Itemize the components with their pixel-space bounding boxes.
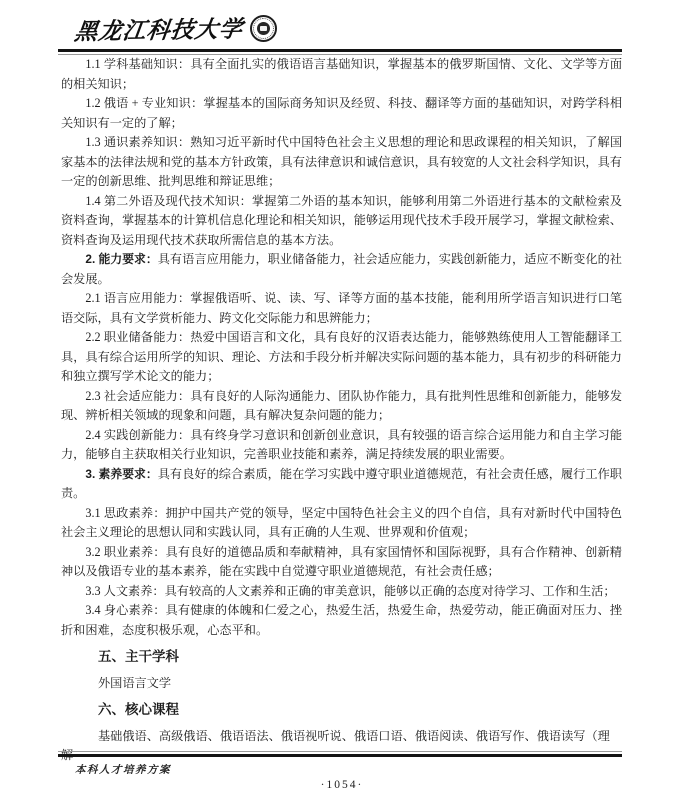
paragraph-3-3: 3.3 人文素养：具有较高的人文素养和正确的审美意识，能够以正确的态度对待学习、…: [61, 582, 622, 602]
paragraph-1-1-lead: 1.1 学科基础知识：: [85, 57, 190, 71]
paragraph-3-2-lead: 3.2 职业素养：: [85, 545, 165, 559]
paragraph-1-1: 1.1 学科基础知识：具有全面扎实的俄语语言基础知识，掌握基本的俄罗斯国情、文化…: [61, 55, 622, 94]
paragraph-1-2-lead: 1.2 俄语 + 专业知识：: [85, 96, 203, 110]
paragraph-2-3: 2.3 社会适应能力：具有良好的人际沟通能力、团队协作能力，具有批判性思维和创新…: [61, 387, 622, 426]
paragraph-1-3-lead: 1.3 通识素养知识：: [85, 135, 190, 149]
document-body: 1.1 学科基础知识：具有全面扎实的俄语语言基础知识，掌握基本的俄罗斯国情、文化…: [61, 55, 622, 766]
paragraph-2-3-lead: 2.3 社会适应能力：: [85, 389, 190, 403]
section-content-main-discipline: 外国语言文学: [61, 674, 622, 694]
section-heading-core-courses: 六、核心课程: [98, 700, 622, 720]
footer-rule-thick-line: [58, 754, 622, 757]
paragraph-1-3: 1.3 通识素养知识：熟知习近平新时代中国特色社会主义思想的理论和思政课程的相关…: [61, 133, 622, 192]
paragraph-1-4-lead: 1.4 第二外语及现代技术知识：: [85, 194, 252, 208]
footer-rule: [58, 751, 622, 757]
paragraph-2-4-lead: 2.4 实践创新能力：: [85, 428, 190, 442]
paragraph-3-1-lead: 3.1 思政素养：: [85, 506, 165, 520]
paragraph-2-4: 2.4 实践创新能力：具有终身学习意识和创新创业意识，具有较强的语言综合运用能力…: [61, 426, 622, 465]
paragraph-3-2: 3.2 职业素养：具有良好的道德品质和奉献精神，具有家国情怀和国际视野，具有合作…: [61, 543, 622, 582]
header-rule-thick-line: [58, 49, 622, 52]
section-content-core-courses: 基础俄语、高级俄语、俄语语法、俄语视听说、俄语口语、俄语阅读、俄语写作、俄语读写…: [61, 727, 622, 766]
paragraph-3-3-lead: 3.3 人文素养：: [85, 584, 164, 598]
paragraph-2: 2. 能力要求：具有语言应用能力，职业储备能力，社会适应能力，实践创新能力，适应…: [61, 250, 622, 289]
paragraph-3-3-text: 具有较高的人文素养和正确的审美意识，能够以正确的态度对待学习、工作和生活；: [165, 584, 616, 598]
paragraph-3-1: 3.1 思政素养：拥护中国共产党的领导，坚定中国特色社会主义的四个自信，具有对新…: [61, 504, 622, 543]
seal-emblem-icon: [257, 22, 270, 35]
paragraph-3-4: 3.4 身心素养：具有健康的体魄和仁爱之心，热爱生活，热爱生命，热爱劳动，能正确…: [61, 601, 622, 640]
paragraph-3-4-lead: 3.4 身心素养：: [85, 603, 165, 617]
university-name-calligraphy: 黑龙江科技大学: [73, 10, 245, 46]
paragraph-1-4: 1.4 第二外语及现代技术知识：掌握第二外语的基本知识，能够利用第二外语进行基本…: [61, 192, 622, 251]
paragraph-2-2-lead: 2.2 职业储备能力：: [85, 330, 190, 344]
footer-rule-thin-line: [58, 751, 622, 752]
footer-document-title: 本科人才培养方案: [75, 762, 171, 777]
document-page: 黑龙江科技大学 1.1 学科基础知识：具有全面扎实的俄语语言基础知识，掌握基本的…: [0, 0, 684, 806]
section-heading-main-discipline: 五、主干学科: [98, 647, 622, 667]
paragraph-2-lead: 2. 能力要求：: [85, 252, 157, 266]
paragraph-1-2: 1.2 俄语 + 专业知识：掌握基本的国际商务知识及经贸、科技、翻译等方面的基础…: [61, 94, 622, 133]
paragraph-2-1-lead: 2.1 语言应用能力：: [85, 291, 190, 305]
page-number: ·1054·: [0, 779, 684, 791]
university-seal-icon: [250, 15, 277, 42]
paragraph-3: 3. 素养要求：具有良好的综合素质，能在学习实践中遵守职业道德规范，有社会责任感…: [61, 465, 622, 504]
paragraph-2-1: 2.1 语言应用能力：掌握俄语听、说、读、写、译等方面的基本技能，能利用所学语言…: [61, 289, 622, 328]
paragraph-2-2: 2.2 职业储备能力：热爱中国语言和文化，具有良好的汉语表达能力，能够熟练使用人…: [61, 328, 622, 387]
page-header: 黑龙江科技大学: [75, 11, 277, 45]
paragraph-3-lead: 3. 素养要求：: [85, 467, 157, 481]
